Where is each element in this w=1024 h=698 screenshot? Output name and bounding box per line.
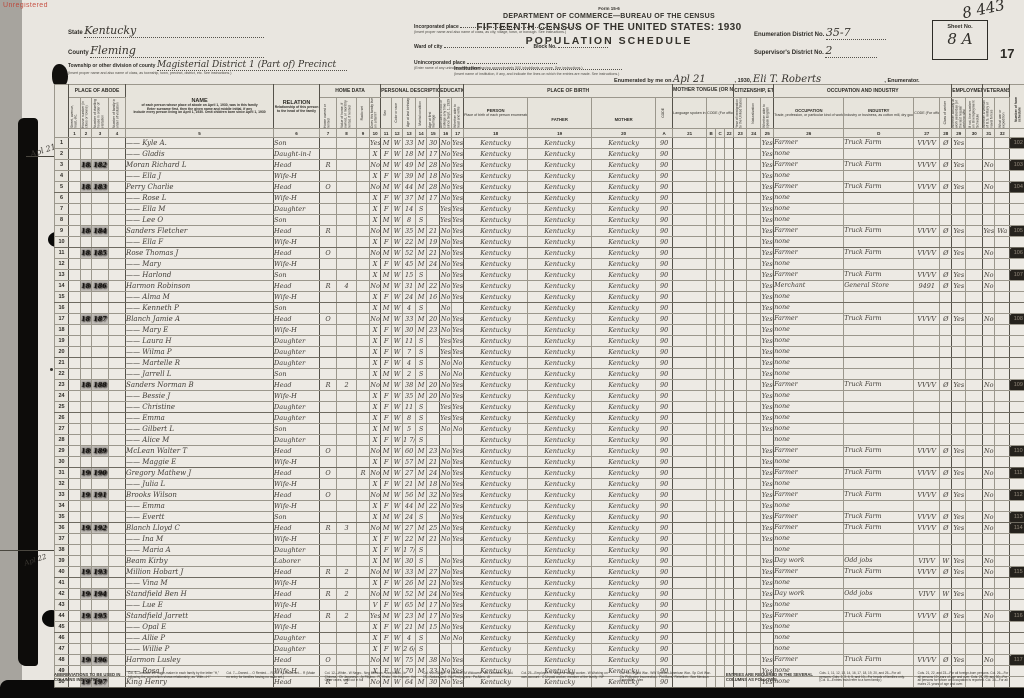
age-cell: 44 [403, 182, 416, 193]
unemployment-line-cell [966, 622, 983, 633]
family-number-cell [92, 215, 109, 226]
school-cell: No [440, 589, 452, 600]
immigration-cell [734, 336, 747, 347]
birthplace-code-cell: 90 [656, 468, 673, 479]
read-write-cell: Yes [452, 281, 464, 292]
unemployment-line-cell [966, 237, 983, 248]
class-worker-cell: Ø [940, 611, 952, 622]
age-married-cell [427, 435, 440, 446]
war-cell [995, 204, 1010, 215]
relation-cell: Wife-H [274, 259, 320, 270]
farm-schedule-cell [1010, 281, 1024, 292]
occupation-code-cell: VVVV [914, 314, 940, 325]
abode-spacer-cell [109, 182, 126, 193]
column-number: 20 [592, 129, 656, 138]
age-cell: 22 [403, 534, 416, 545]
home-value-cell [337, 248, 357, 259]
birthplace-code-cell: 90 [656, 138, 673, 149]
name-cell: —— Maria A [126, 545, 274, 556]
read-write-cell: Yes [452, 182, 464, 193]
name-cell: —— Ella F [126, 237, 274, 248]
relation-cell: Head [274, 589, 320, 600]
read-write-cell: Yes [452, 622, 464, 633]
marital-cell: S [416, 633, 427, 644]
radio-cell [357, 347, 370, 358]
class-worker-cell [940, 457, 952, 468]
language-cell [673, 468, 707, 479]
abode-spacer-cell [109, 314, 126, 325]
language-cell [673, 171, 707, 182]
birthplace-code-cell: 90 [656, 193, 673, 204]
naturalization-cell [747, 347, 761, 358]
birthplace-mother-cell: Kentucky [592, 281, 656, 292]
birthplace-mother-cell: Kentucky [592, 501, 656, 512]
naturalization-cell [747, 204, 761, 215]
veteran-cell: Yes [983, 226, 995, 237]
farm-cell: No [370, 589, 381, 600]
code-b-cell [716, 424, 725, 435]
occupation-code-cell [914, 149, 940, 160]
occupation-code-cell [914, 413, 940, 424]
abode-spacer-cell [109, 204, 126, 215]
naturalization-cell [747, 314, 761, 325]
naturalization-cell [747, 435, 761, 446]
relation-cell: Head [274, 523, 320, 534]
marital-cell: M [416, 248, 427, 259]
age-married-cell [427, 644, 440, 655]
naturalization-cell [747, 479, 761, 490]
read-write-cell: Yes [452, 413, 464, 424]
home-value-cell: 3 [337, 523, 357, 534]
occupation-cell: Day work [774, 556, 844, 567]
marital-cell: M [416, 182, 427, 193]
read-write-cell: Yes [452, 325, 464, 336]
code-b-cell [716, 446, 725, 457]
abode-spacer-cell [109, 512, 126, 523]
sex-cell: M [381, 567, 392, 578]
relation-cell: Son [274, 424, 320, 435]
street-cell [69, 347, 81, 358]
column-number: 27 [914, 129, 940, 138]
code-c-cell [725, 611, 734, 622]
industry-cell [844, 534, 914, 545]
own-rent-cell: O [320, 490, 337, 501]
sheet-number-box: Sheet No. 8 A [932, 20, 988, 60]
street-cell [69, 567, 81, 578]
line-number: 48 [55, 655, 69, 666]
code-c-cell [725, 325, 734, 336]
birthplace-code-cell: 90 [656, 237, 673, 248]
marital-cell: S [416, 358, 427, 369]
occupation-cell: Farmer [774, 380, 844, 391]
unemployment-line-cell [966, 512, 983, 523]
school-cell: Yes [440, 204, 452, 215]
own-rent-cell [320, 369, 337, 380]
code-b-cell [716, 556, 725, 567]
col-immigration-year: Year of immigration to the United States [734, 98, 747, 129]
code-a-cell [707, 325, 716, 336]
township-value: Magisterial District 1 (Part of) Precinc… [157, 60, 336, 70]
marital-cell: S [416, 545, 427, 556]
birthplace-code-cell: 90 [656, 501, 673, 512]
birthplace-code-cell: 90 [656, 325, 673, 336]
occupation-cell: none [774, 402, 844, 413]
family-number-cell [92, 633, 109, 644]
speak-english-cell [761, 644, 774, 655]
marital-cell: S [416, 369, 427, 380]
immigration-cell [734, 534, 747, 545]
farm-schedule-cell: 114 [1010, 523, 1024, 534]
birthplace-father-cell: Kentucky [528, 380, 592, 391]
sex-cell: M [381, 380, 392, 391]
unemployment-line-cell [966, 424, 983, 435]
war-cell [995, 325, 1010, 336]
speak-english-cell: Yes [761, 611, 774, 622]
code-a-cell [707, 336, 716, 347]
school-cell: No [440, 358, 452, 369]
age-cell: 52 [403, 589, 416, 600]
occupation-cell: none [774, 336, 844, 347]
sex-cell: M [381, 281, 392, 292]
birthplace-person-cell: Kentucky [464, 600, 528, 611]
class-worker-cell: Ø [940, 380, 952, 391]
speak-english-cell: Yes [761, 523, 774, 534]
radio-cell [357, 182, 370, 193]
col-farm: Does this family live on a farm? [370, 98, 381, 129]
code-a-cell [707, 479, 716, 490]
relation-cell: Wife-H [274, 479, 320, 490]
occupation-cell: Farmer [774, 446, 844, 457]
naturalization-cell [747, 215, 761, 226]
census-row: 44 195 195 Standfield Jarrett Head R 2 Y… [55, 611, 1024, 622]
language-cell [673, 204, 707, 215]
code-c-cell [725, 358, 734, 369]
read-write-cell: Yes [452, 457, 464, 468]
relation-cell: Daughter [274, 435, 320, 446]
code-c-cell [725, 633, 734, 644]
radio-cell [357, 248, 370, 259]
name-cell: —— Ella M [126, 204, 274, 215]
farm-cell: No [370, 160, 381, 171]
code-b-cell [716, 479, 725, 490]
industry-cell [844, 215, 914, 226]
unemployment-line-cell [966, 325, 983, 336]
farm-schedule-cell [1010, 666, 1024, 677]
sex-cell: M [381, 512, 392, 523]
dwelling-number-cell [81, 204, 92, 215]
birthplace-father-cell: Kentucky [528, 369, 592, 380]
col-radio: Radio set [357, 98, 370, 129]
radio-cell [357, 237, 370, 248]
class-worker-cell [940, 424, 952, 435]
farm-schedule-header: Number of farm schedule [1010, 85, 1024, 129]
class-worker-cell: W [940, 556, 952, 567]
birthplace-father-cell: Kentucky [528, 479, 592, 490]
birthplace-mother-cell: Kentucky [592, 380, 656, 391]
family-number-cell [92, 292, 109, 303]
code-c-cell [725, 259, 734, 270]
column-number: 15 [427, 129, 440, 138]
age-cell: 8 [403, 413, 416, 424]
relation-cell: Wife-H [274, 622, 320, 633]
birthplace-code-cell: 90 [656, 259, 673, 270]
age-married-cell [427, 215, 440, 226]
line-number: 17 [55, 314, 69, 325]
street-cell [69, 600, 81, 611]
family-number-cell [92, 402, 109, 413]
occupation-cell: Farmer [774, 490, 844, 501]
read-write-cell [452, 303, 464, 314]
occupation-code-cell [914, 303, 940, 314]
line-number: 3 [55, 160, 69, 171]
language-cell [673, 182, 707, 193]
age-cell: 45 [403, 259, 416, 270]
read-write-cell: No [452, 358, 464, 369]
column-number: 26 [774, 129, 844, 138]
census-row: 8 —— Lee O Son X M W 8 S Yes Yes Kentuck… [55, 215, 1024, 226]
abode-spacer-cell [109, 270, 126, 281]
census-row: 18 —— Mary E Wife-H X F W 30 M 23 No Yes… [55, 325, 1024, 336]
unemployment-line-cell [966, 248, 983, 259]
class-worker-cell [940, 171, 952, 182]
read-write-cell: Yes [452, 149, 464, 160]
age-married-cell: 19 [427, 237, 440, 248]
unemployment-line-cell [966, 259, 983, 270]
language-cell [673, 259, 707, 270]
farm-cell: X [370, 479, 381, 490]
school-cell: No [440, 611, 452, 622]
war-cell [995, 655, 1010, 666]
relation-cell: Head [274, 182, 320, 193]
veteran-cell [983, 413, 995, 424]
birthplace-mother-cell: Kentucky [592, 589, 656, 600]
occupation-code-cell: VVVV [914, 468, 940, 479]
occupation-cell: Day work [774, 589, 844, 600]
occupation-code-cell: VVVV [914, 655, 940, 666]
birthplace-code-cell: 90 [656, 391, 673, 402]
code-c-cell [725, 270, 734, 281]
industry-cell [844, 578, 914, 589]
school-cell: No [440, 391, 452, 402]
code-b-cell [716, 633, 725, 644]
birthplace-mother-cell: Kentucky [592, 259, 656, 270]
sex-cell: M [381, 369, 392, 380]
own-rent-cell [320, 479, 337, 490]
immigration-cell [734, 589, 747, 600]
class-worker-cell [940, 204, 952, 215]
veteran-cell: No [983, 567, 995, 578]
abode-spacer-cell [109, 600, 126, 611]
col-tongue-code: CODE (For office use only. Do not write … [707, 98, 734, 129]
line-number: 38 [55, 545, 69, 556]
school-cell: No [440, 501, 452, 512]
war-cell [995, 182, 1010, 193]
birthplace-person-cell: Kentucky [464, 325, 528, 336]
relation-cell: Daughter [274, 204, 320, 215]
line-number: 18 [55, 325, 69, 336]
family-number-cell [92, 512, 109, 523]
state-field: State Kentucky [68, 24, 264, 38]
work-yesterday-cell: Yes [952, 611, 966, 622]
home-value-cell: 2 [337, 589, 357, 600]
age-cell: 2 [403, 369, 416, 380]
farm-schedule-cell: 111 [1010, 468, 1024, 479]
code-b-cell [716, 248, 725, 259]
occupation-cell: none [774, 347, 844, 358]
line-number: 45 [55, 622, 69, 633]
war-cell [995, 149, 1010, 160]
veteran-cell [983, 479, 995, 490]
census-row: 19 —— Laura H Daughter X F W 11 S Yes Ye… [55, 336, 1024, 347]
work-yesterday-cell [952, 215, 966, 226]
naturalization-cell [747, 468, 761, 479]
birthplace-person-cell: Kentucky [464, 402, 528, 413]
family-number-cell: 188 [92, 380, 109, 391]
work-yesterday-cell [952, 259, 966, 270]
abode-spacer-cell [109, 391, 126, 402]
occupation-code-cell [914, 391, 940, 402]
school-cell: No [440, 468, 452, 479]
immigration-cell [734, 281, 747, 292]
code-c-cell [725, 534, 734, 545]
birthplace-code-cell: 90 [656, 314, 673, 325]
farm-schedule-cell [1010, 622, 1024, 633]
col-marital: Marital condition [416, 98, 427, 129]
school-cell: No [440, 259, 452, 270]
work-yesterday-cell [952, 292, 966, 303]
class-worker-cell: Ø [940, 270, 952, 281]
age-married-cell: 20 [427, 391, 440, 402]
supervisor-district-field: Supervisor's District No. 2 [754, 44, 877, 58]
code-c-cell [725, 468, 734, 479]
age-married-cell [427, 424, 440, 435]
veteran-cell [983, 545, 995, 556]
code-a-cell [707, 204, 716, 215]
class-worker-cell [940, 402, 952, 413]
abode-spacer-cell [109, 336, 126, 347]
marital-cell: M [416, 468, 427, 479]
read-write-cell: Yes [452, 314, 464, 325]
class-worker-cell [940, 600, 952, 611]
code-c-cell [725, 237, 734, 248]
abode-spacer-cell [109, 468, 126, 479]
age-married-cell: 21 [427, 578, 440, 589]
dwelling-number-cell [81, 347, 92, 358]
immigration-cell [734, 149, 747, 160]
work-yesterday-cell [952, 600, 966, 611]
birthplace-father-cell: Kentucky [528, 523, 592, 534]
name-cell: —— Alma M [126, 292, 274, 303]
farm-schedule-cell [1010, 292, 1024, 303]
family-number-cell [92, 259, 109, 270]
race-cell: W [392, 380, 403, 391]
read-write-cell: No [452, 633, 464, 644]
language-cell [673, 523, 707, 534]
dwelling-number-cell: 189 [81, 446, 92, 457]
name-cell: Blanch Jamie A [126, 314, 274, 325]
farm-schedule-cell [1010, 534, 1024, 545]
veteran-cell [983, 644, 995, 655]
occupation-code-cell [914, 402, 940, 413]
industry-cell [844, 369, 914, 380]
unemployment-line-cell [966, 347, 983, 358]
code-a-cell [707, 468, 716, 479]
naturalization-cell [747, 589, 761, 600]
race-cell: W [392, 589, 403, 600]
street-cell [69, 336, 81, 347]
speak-english-cell: Yes [761, 402, 774, 413]
sex-cell: M [381, 468, 392, 479]
sex-cell: M [381, 160, 392, 171]
age-married-cell: 17 [427, 600, 440, 611]
birthplace-person-cell: Kentucky [464, 160, 528, 171]
column-number: 17 [452, 129, 464, 138]
sex-cell: F [381, 237, 392, 248]
sex-cell: F [381, 204, 392, 215]
birthplace-mother-cell: Kentucky [592, 270, 656, 281]
dwelling-number-cell [81, 270, 92, 281]
farm-schedule-cell: 103 [1010, 160, 1024, 171]
birthplace-father-cell: Kentucky [528, 446, 592, 457]
relation-cell: Wife-H [274, 325, 320, 336]
census-row: 20 —— Wilma P Daughter X F W 7 S Yes Yes… [55, 347, 1024, 358]
code-c-cell [725, 446, 734, 457]
line-number: 6 [55, 193, 69, 204]
birthplace-mother-cell: Kentucky [592, 633, 656, 644]
occupation-cell: none [774, 204, 844, 215]
census-row: 46 —— Allie P Daughter X F W 4 S No No K… [55, 633, 1024, 644]
marital-cell: M [416, 578, 427, 589]
language-cell [673, 369, 707, 380]
name-cell: Rose Thomas J [126, 248, 274, 259]
age-cell: 23 [403, 611, 416, 622]
industry-cell [844, 457, 914, 468]
war-cell [995, 259, 1010, 270]
sex-cell: F [381, 622, 392, 633]
family-number-cell [92, 413, 109, 424]
war-cell [995, 402, 1010, 413]
column-number: 9 [357, 129, 370, 138]
code-b-cell [716, 512, 725, 523]
unemployment-line-cell [966, 633, 983, 644]
marital-cell: M [416, 457, 427, 468]
code-a-cell [707, 512, 716, 523]
speak-english-cell: Yes [761, 248, 774, 259]
code-c-cell [725, 435, 734, 446]
veteran-cell [983, 600, 995, 611]
farm-schedule-cell [1010, 435, 1024, 446]
birthplace-mother-cell: Kentucky [592, 204, 656, 215]
enumeration-district-field: Enumeration District No. 35-7 [754, 26, 886, 40]
naturalization-cell [747, 149, 761, 160]
family-number-cell [92, 556, 109, 567]
abode-spacer-cell [109, 523, 126, 534]
column-number: A [656, 129, 673, 138]
age-cell: 7 [403, 347, 416, 358]
age-cell: 27 [403, 468, 416, 479]
birthplace-father-cell: Kentucky [528, 226, 592, 237]
marital-cell: M [416, 380, 427, 391]
birthplace-code-cell: 90 [656, 446, 673, 457]
dwelling-number-cell [81, 369, 92, 380]
home-value-cell [337, 160, 357, 171]
farm-schedule-cell: 108 [1010, 314, 1024, 325]
war-cell [995, 567, 1010, 578]
family-number-cell: 187 [92, 314, 109, 325]
dwelling-number-cell [81, 193, 92, 204]
class-worker-cell [940, 369, 952, 380]
birthplace-mother-cell: Kentucky [592, 237, 656, 248]
